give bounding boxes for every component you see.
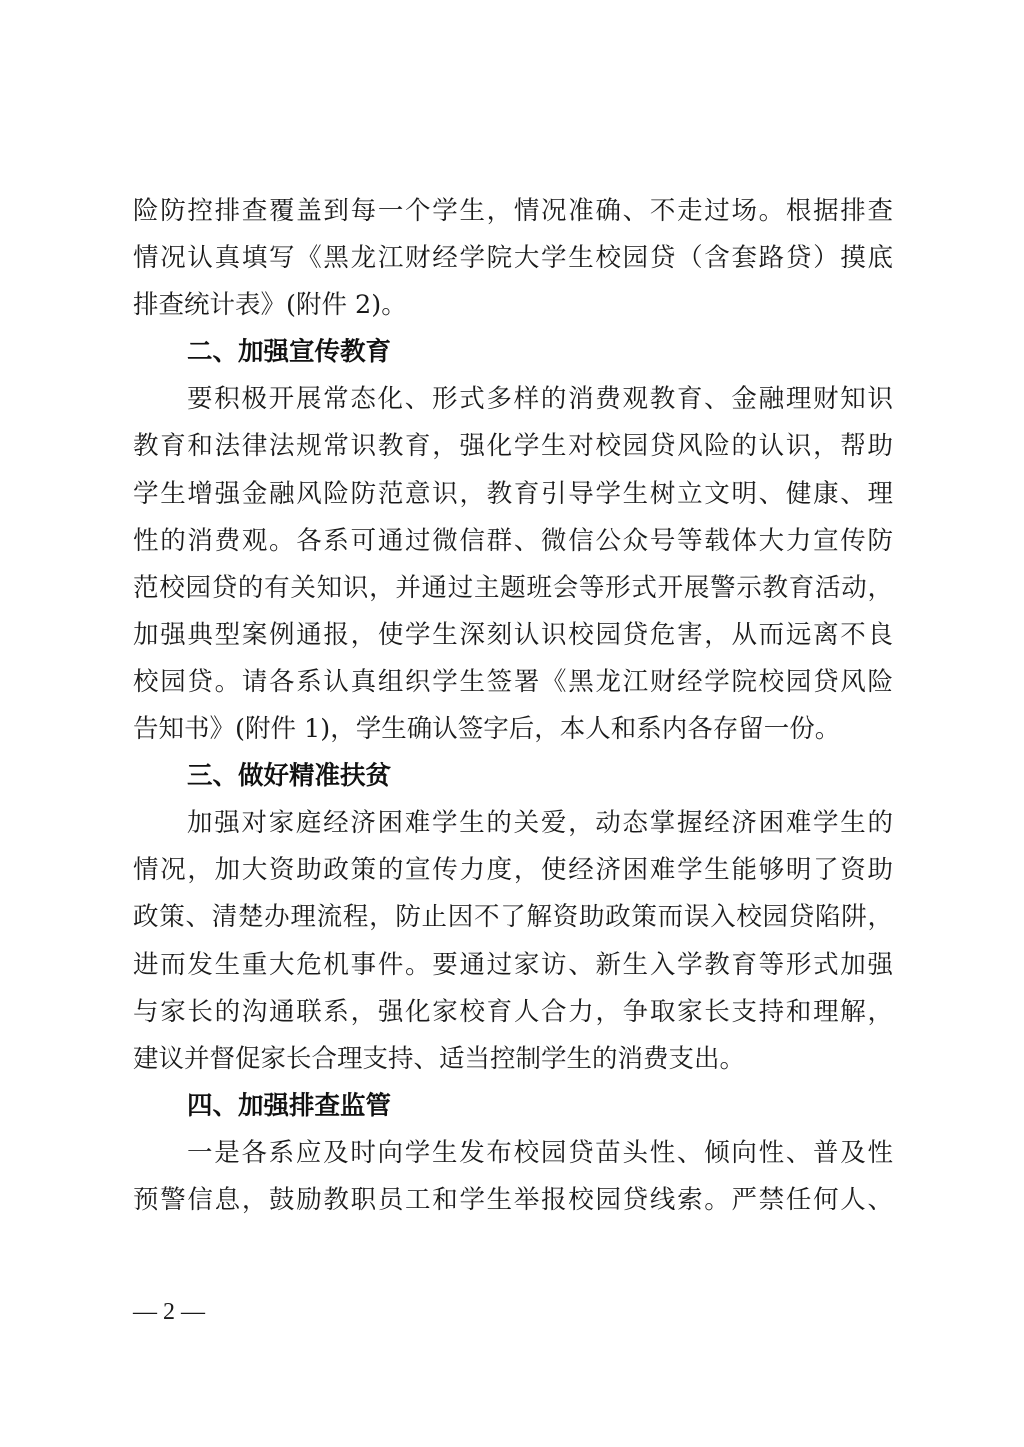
text-line: 建议并督促家长合理支持、适当控制学生的消费支出。 — [133, 1036, 893, 1083]
page-number: — 2 — — [133, 1299, 205, 1326]
text-line: 险防控排查覆盖到每一个学生，情况准确、不走过场。根据排查 — [133, 188, 893, 235]
section-heading-4: 四、加强排查监管 — [133, 1083, 893, 1130]
text-line: 学生增强金融风险防范意识，教育引导学生树立文明、健康、理 — [133, 471, 893, 518]
text-line: 排查统计表》(附件 2)。 — [133, 282, 893, 329]
paragraph-publicity-education: 要积极开展常态化、形式多样的消费观教育、金融理财知识 教育和法律法规常识教育，强… — [133, 376, 893, 753]
text-line: 要积极开展常态化、形式多样的消费观教育、金融理财知识 — [133, 376, 893, 423]
text-line: 情况，加大资助政策的宣传力度，使经济困难学生能够明了资助 — [133, 847, 893, 894]
text-line: 告知书》(附件 1)，学生确认签字后，本人和系内各存留一份。 — [133, 706, 893, 753]
text-line: 性的消费观。各系可通过微信群、微信公众号等载体大力宣传防 — [133, 518, 893, 565]
section-heading-3: 三、做好精准扶贫 — [133, 753, 893, 800]
text-line: 情况认真填写《黑龙江财经学院大学生校园贷（含套路贷）摸底 — [133, 235, 893, 282]
text-line: 加强典型案例通报，使学生深刻认识校园贷危害，从而远离不良 — [133, 612, 893, 659]
text-line: 校园贷。请各系认真组织学生签署《黑龙江财经学院校园贷风险 — [133, 659, 893, 706]
paragraph-inspection-supervision: 一是各系应及时向学生发布校园贷苗头性、倾向性、普及性 预警信息，鼓励教职员工和学… — [133, 1130, 893, 1224]
paragraph-poverty-alleviation: 加强对家庭经济困难学生的关爱，动态掌握经济困难学生的 情况，加大资助政策的宣传力… — [133, 800, 893, 1083]
text-line: 预警信息，鼓励教职员工和学生举报校园贷线索。严禁任何人、 — [133, 1177, 893, 1224]
document-body: 险防控排查覆盖到每一个学生，情况准确、不走过场。根据排查 情况认真填写《黑龙江财… — [133, 188, 893, 1224]
document-page: 险防控排查覆盖到每一个学生，情况准确、不走过场。根据排查 情况认真填写《黑龙江财… — [0, 0, 1024, 1447]
text-line: 一是各系应及时向学生发布校园贷苗头性、倾向性、普及性 — [133, 1130, 893, 1177]
text-line: 与家长的沟通联系，强化家校育人合力，争取家长支持和理解， — [133, 989, 893, 1036]
text-line: 范校园贷的有关知识，并通过主题班会等形式开展警示教育活动， — [133, 565, 893, 612]
paragraph-continued: 险防控排查覆盖到每一个学生，情况准确、不走过场。根据排查 情况认真填写《黑龙江财… — [133, 188, 893, 329]
text-line: 教育和法律法规常识教育，强化学生对校园贷风险的认识，帮助 — [133, 423, 893, 470]
text-line: 政策、清楚办理流程，防止因不了解资助政策而误入校园贷陷阱， — [133, 894, 893, 941]
section-heading-2: 二、加强宣传教育 — [133, 329, 893, 376]
text-line: 进而发生重大危机事件。要通过家访、新生入学教育等形式加强 — [133, 942, 893, 989]
text-line: 加强对家庭经济困难学生的关爱，动态掌握经济困难学生的 — [133, 800, 893, 847]
